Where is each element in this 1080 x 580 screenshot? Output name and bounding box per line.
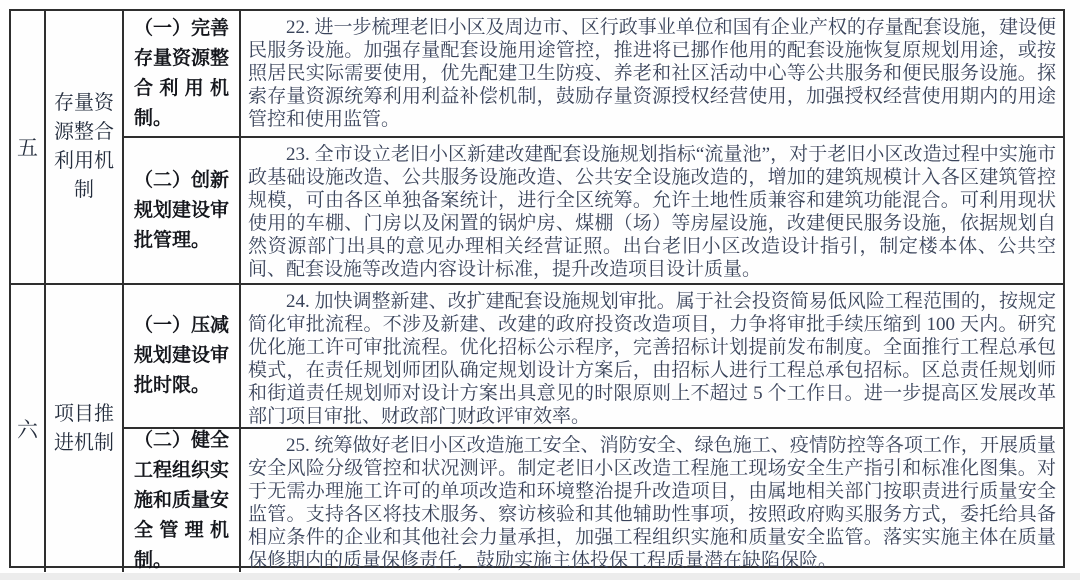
- section-number: 六: [11, 285, 46, 572]
- section-row-6: 六 项目推进机制 （一）压减规划建设审批时限。 24. 加快调整新建、改扩建配套…: [11, 283, 1063, 572]
- item-body: 25. 统筹做好老旧小区改造施工安全、消防安全、绿色施工、疫情防控等各项工作，开…: [241, 429, 1063, 572]
- item-heading-cell: （一）压减规划建设审批时限。: [124, 285, 241, 427]
- item-heading-cell: （二）健全工程组织实施和质量安全管理机制。: [124, 429, 241, 572]
- document-page: 五 存量资源整合利用机制 （一）完善存量资源整合利用机制。 22. 进一步梳理老…: [0, 0, 1080, 580]
- section-items: （一）完善存量资源整合利用机制。 22. 进一步梳理老旧小区及周边市、区行政事业…: [124, 11, 1063, 283]
- section-row-5: 五 存量资源整合利用机制 （一）完善存量资源整合利用机制。 22. 进一步梳理老…: [11, 11, 1063, 283]
- section-category: 存量资源整合利用机制: [46, 11, 124, 283]
- policy-table: 五 存量资源整合利用机制 （一）完善存量资源整合利用机制。 22. 进一步梳理老…: [9, 9, 1065, 568]
- scan-edge-artifact: [0, 573, 1080, 580]
- item-row-25: （二）健全工程组织实施和质量安全管理机制。 25. 统筹做好老旧小区改造施工安全…: [124, 427, 1063, 572]
- item-row-22: （一）完善存量资源整合利用机制。 22. 进一步梳理老旧小区及周边市、区行政事业…: [124, 11, 1063, 136]
- section-category: 项目推进机制: [46, 285, 124, 572]
- item-row-24: （一）压减规划建设审批时限。 24. 加快调整新建、改扩建配套设施规划审批。属于…: [124, 285, 1063, 427]
- item-heading: （二）创新规划建设审批管理。: [134, 166, 229, 256]
- section-items: （一）压减规划建设审批时限。 24. 加快调整新建、改扩建配套设施规划审批。属于…: [124, 285, 1063, 572]
- item-heading-cell: （一）完善存量资源整合利用机制。: [124, 11, 241, 136]
- item-heading: （一）完善存量资源整合利用机制。: [134, 14, 229, 134]
- item-heading: （一）压减规划建设审批时限。: [134, 311, 229, 401]
- section-number: 五: [11, 11, 46, 283]
- item-row-23: （二）创新规划建设审批管理。 23. 全市设立老旧小区新建改建配套设施规划指标“…: [124, 136, 1063, 283]
- item-body: 23. 全市设立老旧小区新建改建配套设施规划指标“流量池”，对于老旧小区改造过程…: [241, 138, 1063, 283]
- item-heading-cell: （二）创新规划建设审批管理。: [124, 138, 241, 283]
- item-body: 24. 加快调整新建、改扩建配套设施规划审批。属于社会投资简易低风险工程范围的，…: [241, 285, 1063, 427]
- item-heading: （二）健全工程组织实施和质量安全管理机制。: [134, 426, 229, 576]
- item-body: 22. 进一步梳理老旧小区及周边市、区行政事业单位和国有企业产权的存量配套设施，…: [241, 11, 1063, 136]
